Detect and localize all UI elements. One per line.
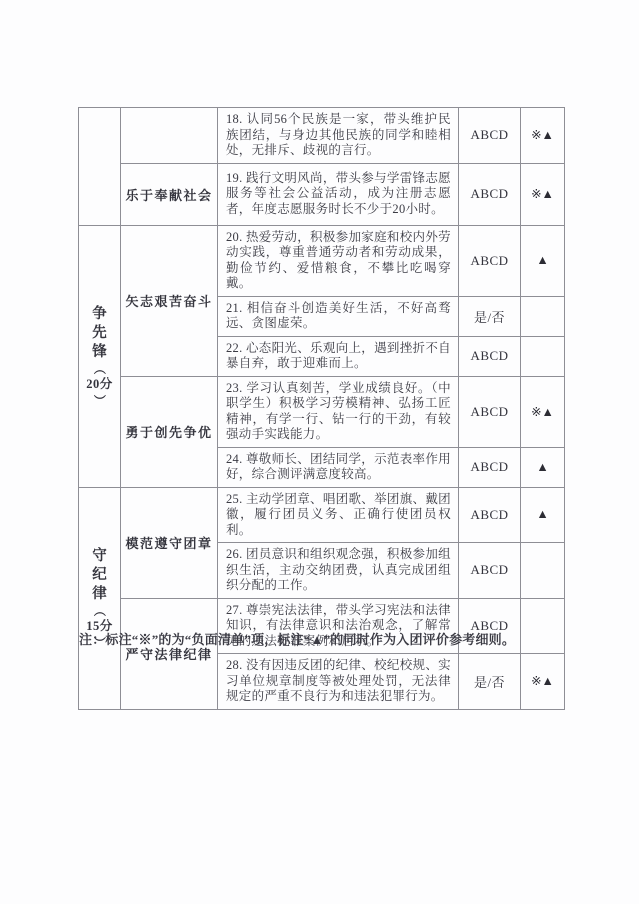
category-score: 20分 bbox=[86, 376, 113, 393]
item-text-25: 25. 主动学团章、唱团歌、举团旗、戴团徽，履行团员义务、正确行使团员权利。 bbox=[218, 487, 459, 543]
rating-cell-28: 是/否 bbox=[459, 654, 521, 710]
mark-cell-25: ▲ bbox=[521, 487, 565, 543]
mark-cell-22 bbox=[521, 336, 565, 376]
subcategory-cell-strive-excellence: 勇于创先争优 bbox=[121, 376, 218, 487]
rating-cell-22: ABCD bbox=[459, 336, 521, 376]
footnote: 注：标注“※”的为“负面清单”项，标注“▲”的同时作为入团评价参考细则。 bbox=[79, 631, 561, 648]
subcategory-cell-devote-society: 乐于奉献社会 bbox=[121, 163, 218, 225]
rating-cell-19: ABCD bbox=[459, 163, 521, 225]
rating-cell-20: ABCD bbox=[459, 225, 521, 296]
subcategory-cell-hard-struggle: 矢志艰苦奋斗 bbox=[121, 225, 218, 376]
table-row-25: 守 纪 律 （ 15分 ） 模范遵守团章 25. 主动学团章、唱团歌、举团旗、戴… bbox=[79, 487, 565, 543]
evaluation-table: 18. 认同56个民族是一家，带头维护民族团结，与身边其他民族的同学和睦相处，无… bbox=[78, 107, 565, 710]
rating-cell-23: ABCD bbox=[459, 376, 521, 447]
item-text-18: 18. 认同56个民族是一家，带头维护民族团结，与身边其他民族的同学和睦相处，无… bbox=[218, 108, 459, 164]
mark-cell-18: ※▲ bbox=[521, 108, 565, 164]
mark-cell-19: ※▲ bbox=[521, 163, 565, 225]
paren-close: ） bbox=[94, 394, 105, 406]
rating-cell-18: ABCD bbox=[459, 108, 521, 164]
subcategory-cell-empty bbox=[121, 108, 218, 164]
mark-cell-23: ※▲ bbox=[521, 376, 565, 447]
rating-cell-24: ABCD bbox=[459, 447, 521, 487]
paren-open: （ bbox=[94, 362, 105, 374]
category-cell-pioneer: 争 先 锋 （ 20分 ） bbox=[79, 225, 121, 487]
mark-cell-20: ▲ bbox=[521, 225, 565, 296]
table-row-18: 18. 认同56个民族是一家，带头维护民族团结，与身边其他民族的同学和睦相处，无… bbox=[79, 108, 565, 164]
item-text-22: 22. 心态阳光、乐观向上，遇到挫折不自暴自弃，敢于迎难而上。 bbox=[218, 336, 459, 376]
subcategory-cell-obey-law: 严守法律纪律 bbox=[121, 598, 218, 709]
category-cell-discipline: 守 纪 律 （ 15分 ） bbox=[79, 487, 121, 709]
table-row-23: 勇于创先争优 23. 学习认真刻苦，学业成绩良好。（中职学生）积极学习劳模精神、… bbox=[79, 376, 565, 447]
rating-cell-25: ABCD bbox=[459, 487, 521, 543]
table-row-20: 争 先 锋 （ 20分 ） 矢志艰苦奋斗 20. 热爱劳动，积极参加家庭和校内外… bbox=[79, 225, 565, 296]
mark-cell-28: ※▲ bbox=[521, 654, 565, 710]
category-vertical-label: 争 先 锋 （ 20分 ） bbox=[79, 306, 120, 406]
document-page: 18. 认同56个民族是一家，带头维护民族团结，与身边其他民族的同学和睦相处，无… bbox=[0, 0, 639, 904]
subcategory-cell-follow-charter: 模范遵守团章 bbox=[121, 487, 218, 598]
item-text-21: 21. 相信奋斗创造美好生活，不好高骛远、贪图虚荣。 bbox=[218, 296, 459, 336]
item-text-20: 20. 热爱劳动，积极参加家庭和校内外劳动实践，尊重普通劳动者和劳动成果，勤俭节… bbox=[218, 225, 459, 296]
item-text-28: 28. 没有因违反团的纪律、校纪校规、实习单位规章制度等被处理处罚，无法律规定的… bbox=[218, 654, 459, 710]
item-text-24: 24. 尊敬师长、团结同学，示范表率作用好，综合测评满意度较高。 bbox=[218, 447, 459, 487]
mark-cell-21 bbox=[521, 296, 565, 336]
item-text-26: 26. 团员意识和组织观念强，积极参加组织生活，主动交纳团费，认真完成团组织分配… bbox=[218, 543, 459, 599]
mark-cell-24: ▲ bbox=[521, 447, 565, 487]
item-text-23: 23. 学习认真刻苦，学业成绩良好。（中职学生）积极学习劳模精神、弘扬工匠精神，… bbox=[218, 376, 459, 447]
paren-open: （ bbox=[94, 604, 105, 616]
rating-cell-21: 是/否 bbox=[459, 296, 521, 336]
mark-cell-26 bbox=[521, 543, 565, 599]
rating-cell-26: ABCD bbox=[459, 543, 521, 599]
table-row-19: 乐于奉献社会 19. 践行文明风尚，带头参与学雷锋志愿服务等社会公益活动，成为注… bbox=[79, 163, 565, 225]
item-text-19: 19. 践行文明风尚，带头参与学雷锋志愿服务等社会公益活动，成为注册志愿者，年度… bbox=[218, 163, 459, 225]
category-cell-continued bbox=[79, 108, 121, 226]
